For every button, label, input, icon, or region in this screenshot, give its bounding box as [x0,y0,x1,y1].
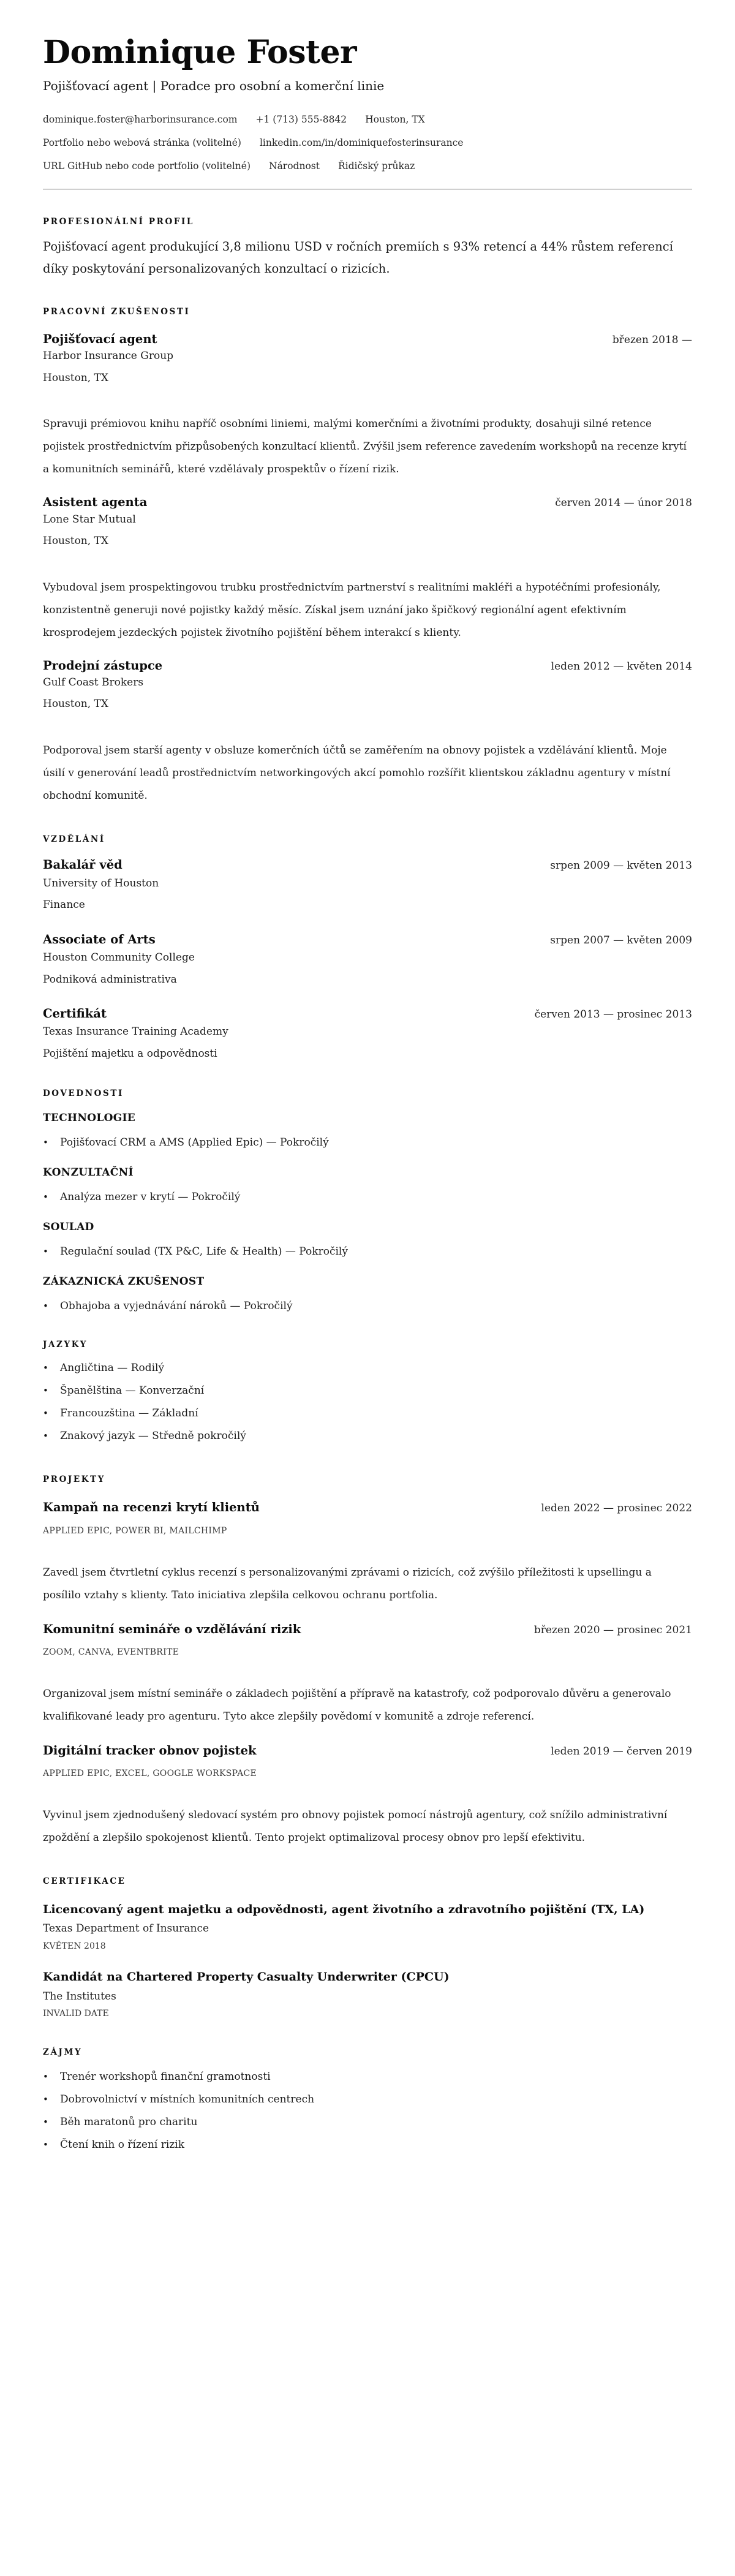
project-name: Digitální tracker obnov pojistek [43,1743,257,1759]
skill-group-title: Technologie [43,1112,692,1124]
section-profile: Profesionální profil Pojišťovací agent p… [43,217,692,281]
job-dates: březen 2018 — [612,334,692,346]
entry-header: Asistent agentačerven 2014 — únor 2018 [43,494,692,510]
project-dates: leden 2019 — červen 2019 [551,1745,692,1758]
section-projects: Projekty Kampaň na recenzi krytí klientů… [43,1475,692,1849]
contact-email[interactable]: dominique.foster@harborinsurance.com [43,108,238,131]
entry-header: Associate of Artssrpen 2007 — květen 200… [43,932,692,948]
project-description: Organizoval jsem místní semináře o zákla… [43,1683,692,1728]
interest-item: Trenér workshopů finanční gramotnosti [43,2066,692,2088]
profile-summary: Pojišťovací agent produkující 3,8 milion… [43,236,692,280]
section-education: Vzdělání Bakalář vědsrpen 2009 — květen … [43,834,692,1062]
job-location: Houston, TX [43,697,692,712]
languages-list: Angličtina — RodilýŠpanělština — Konverz… [43,1357,692,1448]
project-tech-tags: Applied Epic, Power BI, Mailchimp [43,1526,692,1536]
job-title: Pojišťovací agent [43,331,157,347]
experience-entry: Asistent agentačerven 2014 — únor 2018Lo… [43,494,692,644]
experience-entry: Pojišťovací agentbřezen 2018 —Harbor Ins… [43,331,692,481]
project-entry: Digitální tracker obnov pojistekleden 20… [43,1743,692,1849]
contact-portfolio[interactable]: Portfolio nebo webová stránka (volitelné… [43,131,241,154]
language-item: Francouzština — Základní [43,1402,692,1425]
job-description: Vybudoval jsem prospektingovou trubku pr… [43,576,692,644]
section-title: Certifikace [43,1876,692,1887]
certification-issuer: The Institutes [43,1989,692,2005]
skill-item: Regulační soulad (TX P&C, Life & Health)… [43,1241,692,1263]
field-of-study: Podniková administrativa [43,972,692,988]
job-title: Prodejní zástupce [43,658,162,674]
section-title: Projekty [43,1475,692,1486]
project-name: Kampaň na recenzi krytí klientů [43,1500,260,1516]
experience-list: Pojišťovací agentbřezen 2018 —Harbor Ins… [43,331,692,807]
certification-name: Kandidát na Chartered Property Casualty … [43,1968,692,1986]
school-name: Texas Insurance Training Academy [43,1024,692,1040]
job-dates: červen 2014 — únor 2018 [555,497,692,509]
contact-row: dominique.foster@harborinsurance.com +1 … [43,108,692,131]
contact-info: dominique.foster@harborinsurance.com +1 … [43,108,692,178]
degree-name: Bakalář věd [43,857,123,873]
job-location: Houston, TX [43,371,692,387]
entry-header: Digitální tracker obnov pojistekleden 20… [43,1743,692,1759]
company-name: Lone Star Mutual [43,512,692,528]
skill-list: Pojišťovací CRM a AMS (Applied Epic) — P… [43,1131,692,1154]
skill-list: Regulační soulad (TX P&C, Life & Health)… [43,1241,692,1263]
education-dates: srpen 2009 — květen 2013 [550,859,692,872]
section-title: Dovednosti [43,1089,692,1100]
certification-entry: Kandidát na Chartered Property Casualty … [43,1968,692,2020]
skill-group: Zákaznická zkušenostObhajoba a vyjednává… [43,1275,692,1318]
interest-item: Dobrovolnictví v místních komunitních ce… [43,2088,692,2111]
skills-list: TechnologiePojišťovací CRM a AMS (Applie… [43,1112,692,1318]
job-title: Asistent agenta [43,494,147,510]
job-description: Podporoval jsem starší agenty v obsluze … [43,739,692,807]
job-location: Houston, TX [43,534,692,550]
education-entry: Certifikátčerven 2013 — prosinec 2013Tex… [43,1006,692,1062]
language-item: Angličtina — Rodilý [43,1357,692,1380]
skill-item: Pojišťovací CRM a AMS (Applied Epic) — P… [43,1131,692,1154]
project-description: Vyvinul jsem zjednodušený sledovací syst… [43,1804,692,1849]
project-tech-tags: Zoom, Canva, Eventbrite [43,1647,692,1657]
interest-item: Běh maratonů pro charitu [43,2111,692,2134]
contact-row: Portfolio nebo webová stránka (volitelné… [43,131,692,154]
job-dates: leden 2012 — květen 2014 [551,660,692,673]
field-of-study: Pojištění majetku a odpovědnosti [43,1046,692,1062]
certification-date: Invalid Date [43,2008,692,2020]
header-divider [43,189,692,190]
project-name: Komunitní semináře o vzdělávání rizik [43,1622,301,1637]
company-name: Gulf Coast Brokers [43,675,692,691]
contact-row: URL GitHub nebo code portfolio (voliteln… [43,154,692,178]
section-title: Profesionální profil [43,217,692,228]
education-dates: červen 2013 — prosinec 2013 [535,1008,692,1021]
section-title: Zájmy [43,2047,692,2058]
interest-item: Čtení knih o řízení rizik [43,2134,692,2156]
skill-list: Analýza mezer v krytí — Pokročilý [43,1186,692,1209]
entry-header: Komunitní semináře o vzdělávání rizikbře… [43,1622,692,1637]
contact-location: Houston, TX [365,108,425,131]
project-tech-tags: Applied Epic, Excel, Google Workspace [43,1769,692,1778]
section-experience: Pracovní zkušenosti Pojišťovací agentbře… [43,307,692,807]
section-skills: Dovednosti TechnologiePojišťovací CRM a … [43,1089,692,1448]
contact-github[interactable]: URL GitHub nebo code portfolio (voliteln… [43,154,251,178]
entry-header: Certifikátčerven 2013 — prosinec 2013 [43,1006,692,1022]
project-entry: Kampaň na recenzi krytí klientůleden 202… [43,1500,692,1606]
company-name: Harbor Insurance Group [43,349,692,364]
skill-group-title: Soulad [43,1221,692,1233]
project-dates: březen 2020 — prosinec 2021 [534,1624,692,1636]
interests-list: Trenér workshopů finanční gramotnostiDob… [43,2066,692,2156]
education-entry: Bakalář vědsrpen 2009 — květen 2013Unive… [43,857,692,913]
section-certifications: Certifikace Licencovaný agent majetku a … [43,1876,692,2020]
skill-group-title: Zákaznická zkušenost [43,1275,692,1288]
certification-name: Licencovaný agent majetku a odpovědnosti… [43,1901,692,1919]
skill-group: SouladRegulační soulad (TX P&C, Life & H… [43,1221,692,1263]
certification-issuer: Texas Department of Insurance [43,1921,692,1937]
entry-header: Bakalář vědsrpen 2009 — květen 2013 [43,857,692,873]
certification-date: Květen 2018 [43,1941,692,1953]
resume-header: Dominique Foster Pojišťovací agent | Por… [43,34,692,190]
section-title: Pracovní zkušenosti [43,307,692,318]
degree-name: Certifikát [43,1006,107,1022]
candidate-headline: Pojišťovací agent | Poradce pro osobní a… [43,77,692,94]
contact-nationality: Národnost [269,154,320,178]
education-entry: Associate of Artssrpen 2007 — květen 200… [43,932,692,988]
certifications-list: Licencovaný agent majetku a odpovědnosti… [43,1901,692,2020]
section-title: Vzdělání [43,834,692,845]
entry-header: Prodejní zástupceleden 2012 — květen 201… [43,658,692,674]
candidate-name: Dominique Foster [43,34,692,71]
languages-title: Jazyky [43,1340,692,1350]
education-list: Bakalář vědsrpen 2009 — květen 2013Unive… [43,857,692,1062]
job-description: Spravuji prémiovou knihu napříč osobními… [43,413,692,481]
certification-entry: Licencovaný agent majetku a odpovědnosti… [43,1901,692,1953]
resume-page: Dominique Foster Pojišťovací agent | Por… [0,0,735,2193]
skill-item: Obhajoba a vyjednávání nároků — Pokročil… [43,1295,692,1318]
skill-list: Obhajoba a vyjednávání nároků — Pokročil… [43,1295,692,1318]
project-description: Zavedl jsem čtvrtletní cyklus recenzí s … [43,1562,692,1607]
contact-phone[interactable]: +1 (713) 555-8842 [256,108,347,131]
project-dates: leden 2022 — prosinec 2022 [541,1502,692,1514]
skill-item: Analýza mezer v krytí — Pokročilý [43,1186,692,1209]
contact-drivers-license: Řidičský průkaz [338,154,415,178]
entry-header: Kampaň na recenzi krytí klientůleden 202… [43,1500,692,1516]
skill-group-title: Konzultační [43,1166,692,1179]
school-name: Houston Community College [43,950,692,966]
section-interests: Zájmy Trenér workshopů finanční gramotno… [43,2047,692,2156]
project-entry: Komunitní semináře o vzdělávání rizikbře… [43,1622,692,1728]
contact-linkedin[interactable]: linkedin.com/in/dominiquefosterinsurance [260,131,463,154]
language-item: Španělština — Konverzační [43,1380,692,1402]
skill-group: TechnologiePojišťovací CRM a AMS (Applie… [43,1112,692,1154]
education-dates: srpen 2007 — květen 2009 [550,934,692,946]
skill-group: KonzultačníAnalýza mezer v krytí — Pokro… [43,1166,692,1209]
field-of-study: Finance [43,897,692,913]
degree-name: Associate of Arts [43,932,156,948]
school-name: University of Houston [43,876,692,892]
projects-list: Kampaň na recenzi krytí klientůleden 202… [43,1500,692,1849]
entry-header: Pojišťovací agentbřezen 2018 — [43,331,692,347]
language-item: Znakový jazyk — Středně pokročilý [43,1425,692,1448]
experience-entry: Prodejní zástupceleden 2012 — květen 201… [43,658,692,807]
